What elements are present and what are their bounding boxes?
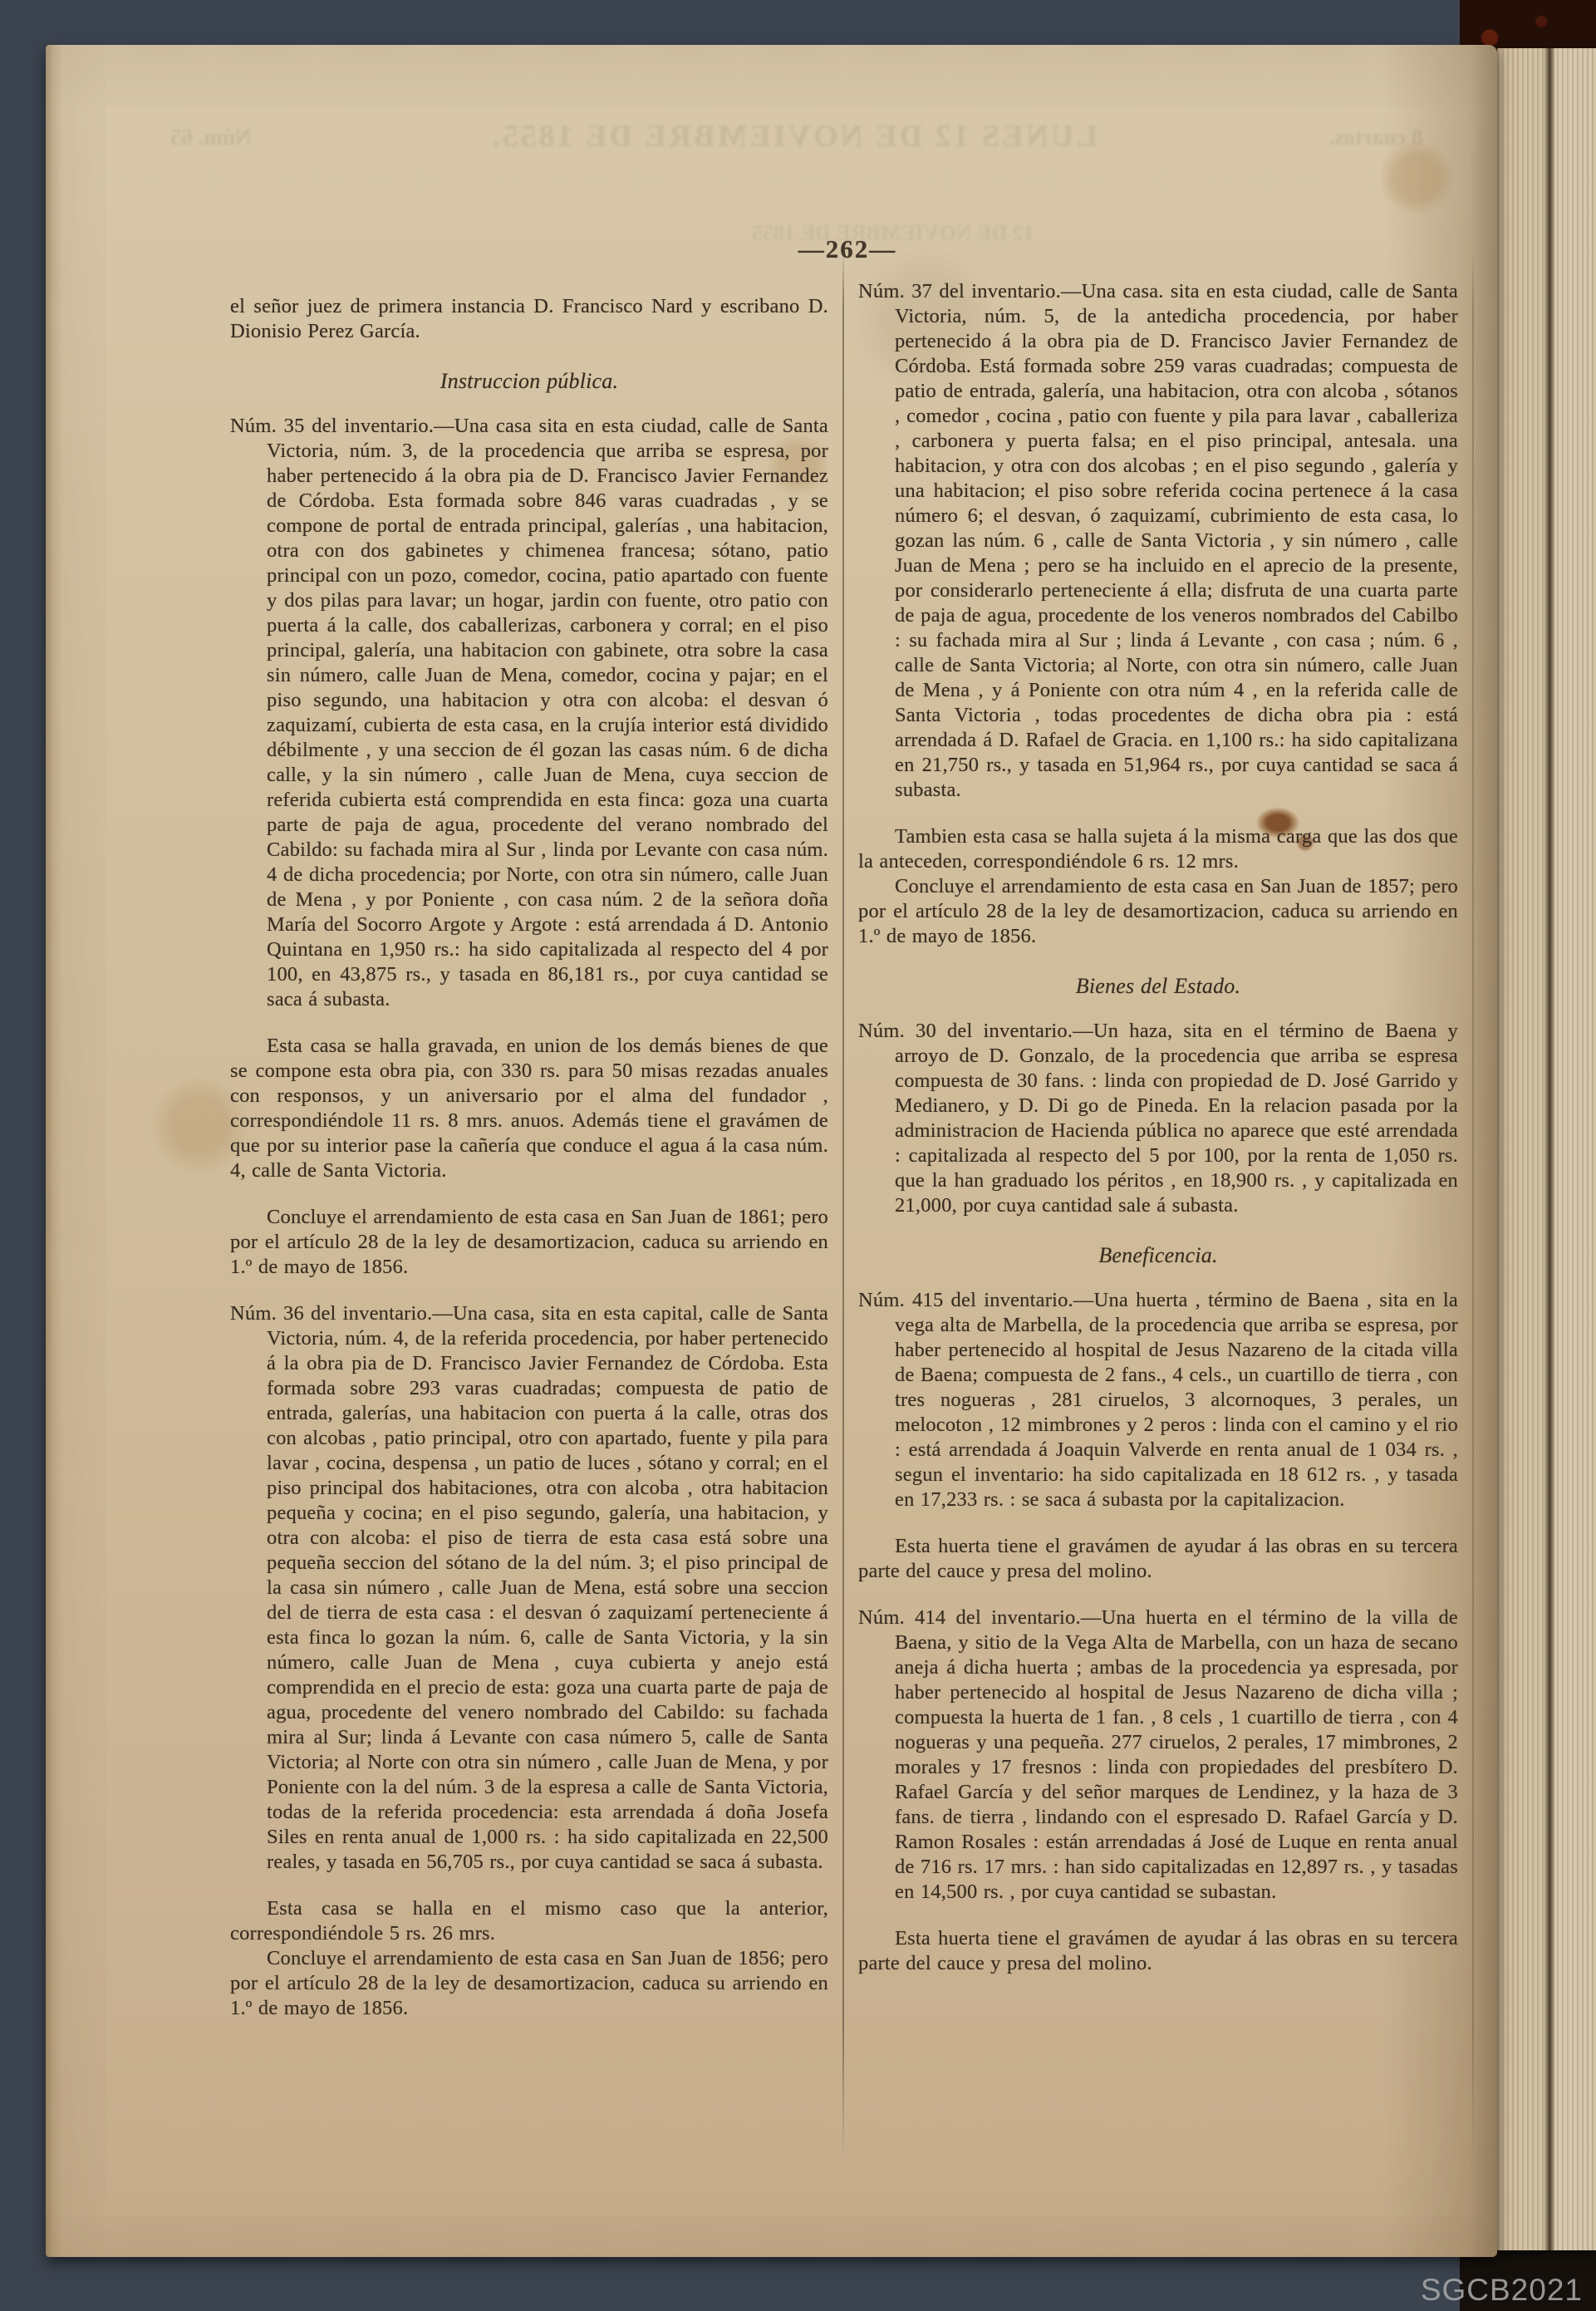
- paragraph: Esta huerta tiene el gravámen de ayudar …: [858, 1534, 1458, 1584]
- left-column: el señor juez de primera instancia D. Fr…: [230, 294, 828, 2021]
- right-column: Núm. 37 del inventario.—Una casa. sita e…: [858, 279, 1458, 1976]
- page-number: —262—: [752, 234, 943, 264]
- bleedthrough-price: 8 cuartos.: [1329, 125, 1422, 150]
- paragraph: Tambien esta casa se halla sujeta á la m…: [858, 824, 1458, 874]
- paragraph: Esta huerta tiene el gravámen de ayudar …: [858, 1926, 1458, 1976]
- paragraph: Núm. 415 del inventario.—Una huerta , té…: [858, 1288, 1458, 1512]
- paragraph: Concluye el arrendamiento de esta casa e…: [230, 1205, 828, 1280]
- paragraph: Núm. 36 del inventario.—Una casa, sita e…: [230, 1301, 828, 1875]
- paragraph: Núm. 414 del inventario.—Una huerta en e…: [858, 1605, 1458, 1905]
- section-heading: Instruccion pública.: [230, 369, 828, 394]
- paragraph: el señor juez de primera instancia D. Fr…: [230, 294, 828, 344]
- archive-watermark: SGCB2021: [1421, 2273, 1583, 2308]
- paragraph: Núm. 35 del inventario.—Una casa sita en…: [230, 414, 828, 1012]
- paragraph: Núm. 30 del inventario.—Un haza, sita en…: [858, 1019, 1458, 1218]
- paragraph: Esta casa se halla en el mismo caso que …: [230, 1896, 828, 1946]
- paragraph: Núm. 37 del inventario.—Una casa. sita e…: [858, 279, 1458, 803]
- paragraph: Concluye el arrendamiento de esta casa e…: [230, 1946, 828, 2021]
- column-divider-rule: [842, 249, 844, 2161]
- section-heading: Bienes del Estado.: [858, 974, 1458, 999]
- paragraph: Esta casa se halla gravada, en union de …: [230, 1034, 828, 1183]
- book-fore-edge-pages: [1497, 48, 1596, 2250]
- bleedthrough-masthead: LUNES 12 DE NOVIEMBRE DE 1855.: [212, 118, 1375, 155]
- section-heading: Beneficencia.: [858, 1243, 1458, 1268]
- scanned-document-page: { "document": { "page_number": "—262—", …: [0, 0, 1596, 2311]
- paper-page: Núm. 65 LUNES 12 DE NOVIEMBRE DE 1855. 8…: [46, 45, 1497, 2257]
- paragraph: Concluye el arrendamiento de esta casa e…: [858, 874, 1458, 949]
- right-margin-rule: [1472, 249, 1474, 2161]
